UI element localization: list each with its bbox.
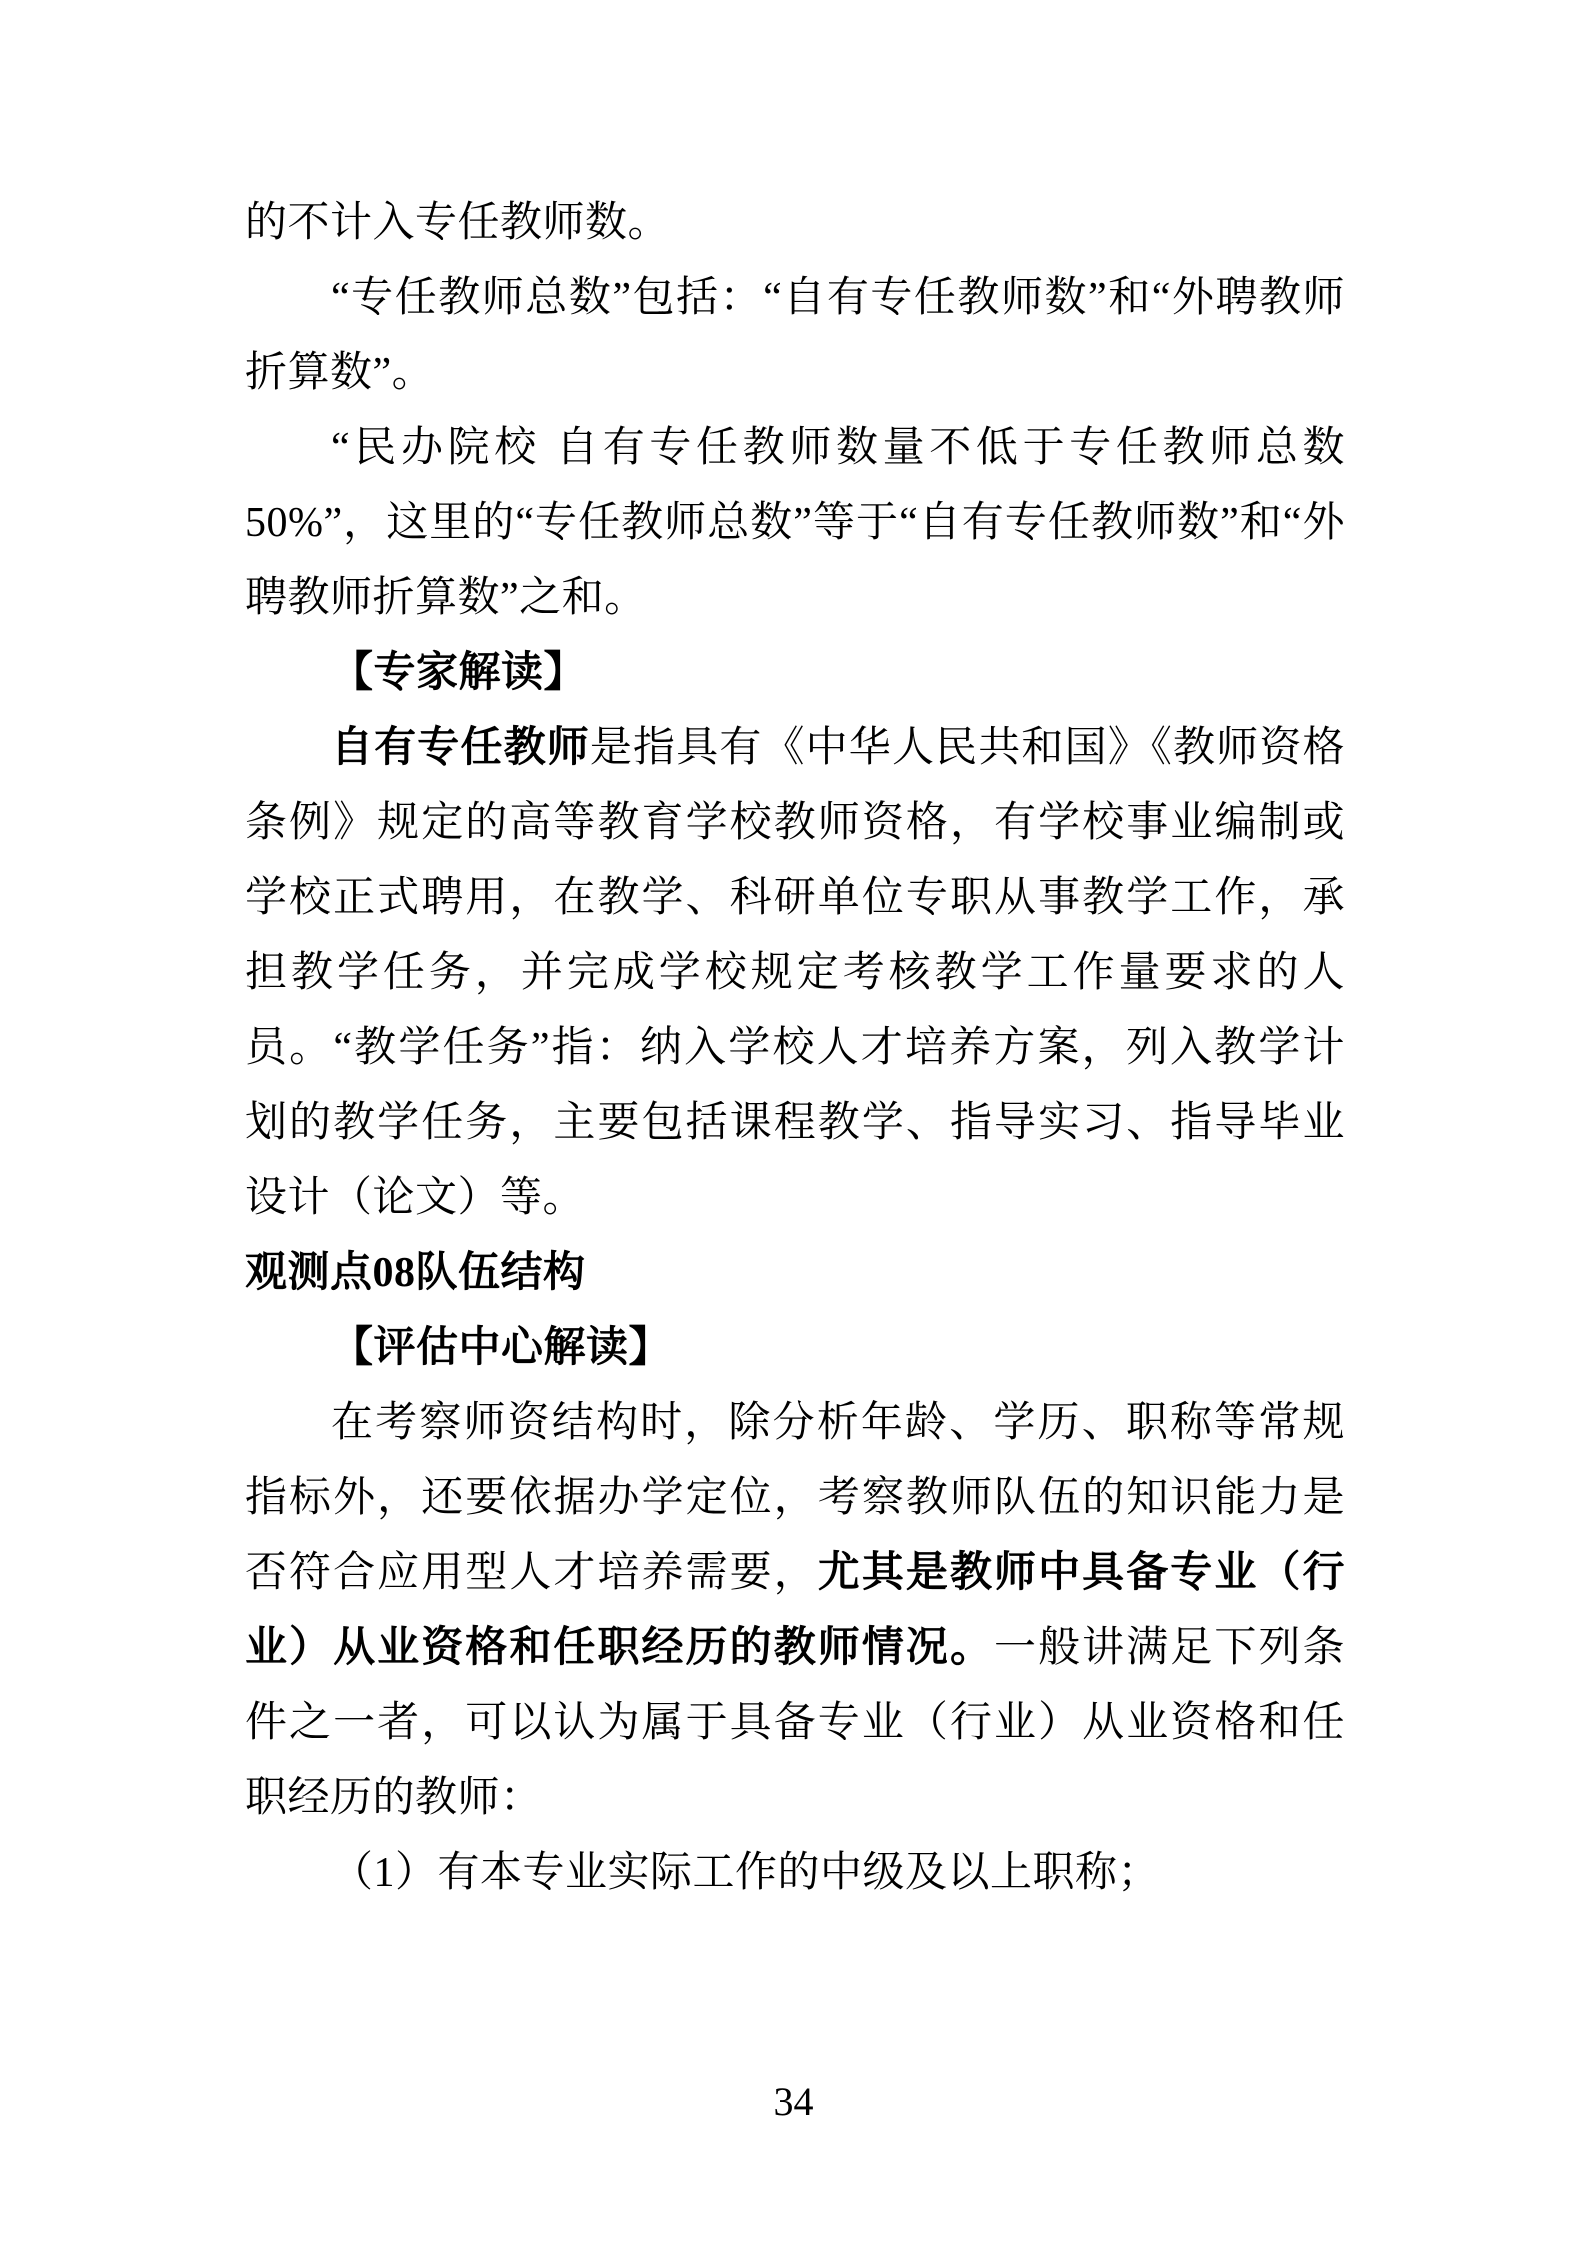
paragraph: “专任教师总数”包括：“自有专任教师数”和“外聘教师折算数”。 [245,261,1345,411]
paragraph: 的不计入专任教师数。 [245,186,1345,261]
text-run: （1）有本专业实际工作的中级及以上职称； [331,1850,1160,1896]
page-number: 34 [774,2078,814,2126]
text-run: “专任教师总数”包括：“自有专任教师数”和“外聘教师折算数”。 [245,275,1345,396]
text-run: 自有专任教师 [331,725,590,771]
text-run: 的不计入专任教师数。 [245,200,670,246]
text-run: “民办院校 自有专任教师数量不低于专任教师总数50%”，这里的“专任教师总数”等… [245,425,1345,621]
paragraph: （1）有本专业实际工作的中级及以上职称； [245,1836,1345,1911]
text-run: 观测点08队伍结构 [245,1250,586,1296]
text-run: 【专家解读】 [331,650,586,696]
document-page: 的不计入专任教师数。“专任教师总数”包括：“自有专任教师数”和“外聘教师折算数”… [0,0,1587,2245]
paragraph: 自有专任教师是指具有《中华人民共和国》《教师资格条例》规定的高等教育学校教师资格… [245,711,1345,1236]
paragraph: 【专家解读】 [245,636,1345,711]
section-heading: 观测点08队伍结构 [245,1236,1345,1311]
text-run: 【评估中心解读】 [331,1325,671,1371]
text-run: 是指具有《中华人民共和国》《教师资格条例》规定的高等教育学校教师资格，有学校事业… [245,725,1345,1221]
paragraph: 在考察师资结构时，除分析年龄、学历、职称等常规指标外，还要依据办学定位，考察教师… [245,1386,1345,1836]
document-body: 的不计入专任教师数。“专任教师总数”包括：“自有专任教师数”和“外聘教师折算数”… [245,186,1345,1911]
paragraph: “民办院校 自有专任教师数量不低于专任教师总数50%”，这里的“专任教师总数”等… [245,411,1345,636]
paragraph: 【评估中心解读】 [245,1311,1345,1386]
page-footer: 34 [0,2078,1587,2126]
